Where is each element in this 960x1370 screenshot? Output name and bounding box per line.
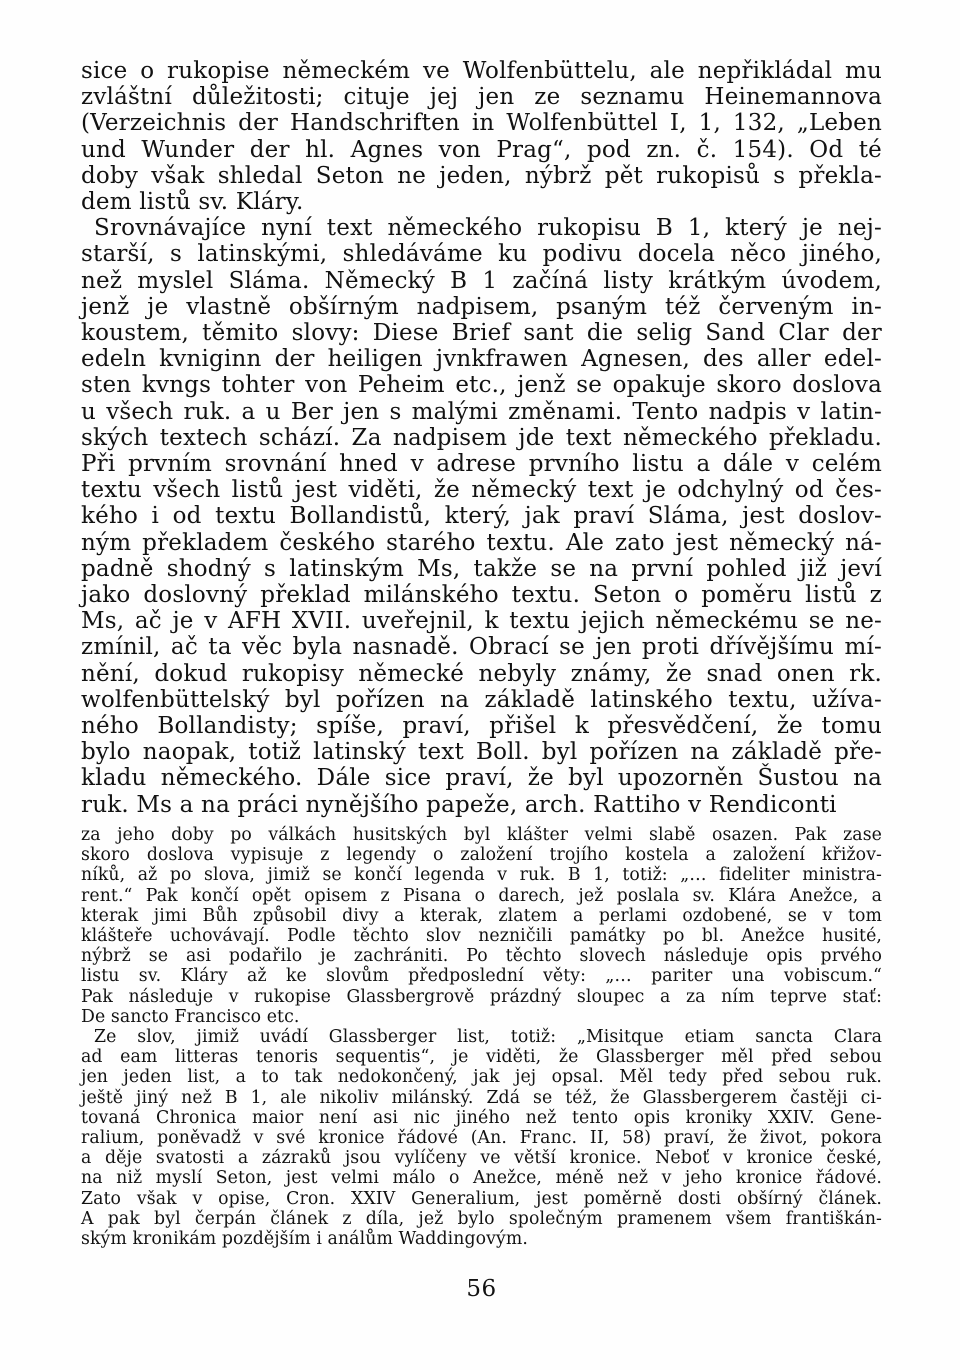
- text-line: ještě jiný než B 1, ale nikoliv milánský…: [81, 1088, 882, 1108]
- text-line: De sancto Francisco etc.: [81, 1007, 882, 1027]
- main-text-block: sice o rukopise německém ve Wolfenbüttel…: [81, 58, 882, 818]
- paragraph: za jeho doby po válkách husitských byl k…: [81, 825, 882, 1027]
- text-line: a děje svatosti a zázraků jsou vylíčeny …: [81, 1148, 882, 1168]
- text-line: ským kronikám pozdějším i análům Wadding…: [81, 1229, 882, 1249]
- text-line: rent.“ Pak končí opět opisem z Pisana o …: [81, 886, 882, 906]
- text-line: koustem, těmito slovy: Diese Brief sant …: [81, 320, 882, 346]
- text-line: (Verzeichnis der Handschriften in Wolfen…: [81, 110, 882, 136]
- text-line: ným překladem českého starého textu. Ale…: [81, 530, 882, 556]
- text-line: na niž myslí Seton, jest velmi málo o An…: [81, 1168, 882, 1188]
- text-line: ad eam litteras tenoris sequentis“, je v…: [81, 1047, 882, 1067]
- text-line: wolfenbüttelský byl pořízen na základě l…: [81, 687, 882, 713]
- text-line: listu sv. Kláry až ke slovům předposledn…: [81, 966, 882, 986]
- text-line: než myslel Sláma. Německý B 1 začíná lis…: [81, 268, 882, 294]
- book-page: sice o rukopise německém ve Wolfenbüttel…: [0, 0, 960, 1370]
- paragraph: Ze slov, jimiž uvádí Glassberger list, t…: [81, 1027, 882, 1249]
- text-line: A pak byl čerpán článek z díla, jež bylo…: [81, 1209, 882, 1229]
- text-line: bylo naopak, totiž latinský text Boll. b…: [81, 739, 882, 765]
- text-line: kterak jimi Bůh způsobil divy a kterak, …: [81, 906, 882, 926]
- text-line: sice o rukopise německém ve Wolfenbüttel…: [81, 58, 882, 84]
- text-line: klášteře uchovávají. Podle těchto slov n…: [81, 926, 882, 946]
- text-line: zmínil, ač ta věc byla nasnadě. Obrací s…: [81, 634, 882, 660]
- paragraph: Srovnávajíce nyní text německého rukopis…: [81, 215, 882, 818]
- text-line: Zato však v opise, Cron. XXIV Generalium…: [81, 1189, 882, 1209]
- text-line: nýbrž se asi podařilo je zachrániti. Po …: [81, 946, 882, 966]
- petit-text-block: za jeho doby po válkách husitských byl k…: [81, 825, 882, 1249]
- text-line: tovaná Chronica maior není asi nic jinéh…: [81, 1108, 882, 1128]
- text-line: Ms, ač je v AFH XVII. uveřejnil, k textu…: [81, 608, 882, 634]
- text-line: Srovnávajíce nyní text německého rukopis…: [81, 215, 882, 241]
- page-number: 56: [81, 1276, 882, 1302]
- text-line: jen jeden list, a to tak nedokončený, ja…: [81, 1067, 882, 1087]
- paragraph: sice o rukopise německém ve Wolfenbüttel…: [81, 58, 882, 215]
- text-line: skoro doslova vypisuje z legendy o založ…: [81, 845, 882, 865]
- text-line: nění, dokud rukopisy německé nebyly znám…: [81, 661, 882, 687]
- text-line: jako doslovný překlad milánského textu. …: [81, 582, 882, 608]
- text-line: Pak následuje v rukopise Glassbergrově p…: [81, 987, 882, 1007]
- text-line: sten kvngs tohter von Peheim etc., jenž …: [81, 372, 882, 398]
- text-line: zvláštní důležitosti; cituje jej jen ze …: [81, 84, 882, 110]
- text-line: kladu německého. Dále sice praví, že byl…: [81, 765, 882, 791]
- text-line: edeln kvniginn der heiligen jvnkfrawen A…: [81, 346, 882, 372]
- text-line: Ze slov, jimiž uvádí Glassberger list, t…: [81, 1027, 882, 1047]
- text-line: u všech ruk. a u Ber jen s malými změnam…: [81, 399, 882, 425]
- text-line: textu všech listů jest viděti, že německ…: [81, 477, 882, 503]
- text-line: doby však shledal Seton ne jeden, nýbrž …: [81, 163, 882, 189]
- text-line: dem listů sv. Kláry.: [81, 189, 882, 215]
- text-line: Při prvním srovnání hned v adrese prvníh…: [81, 451, 882, 477]
- text-line: starší, s latinskými, shledáváme ku podi…: [81, 241, 882, 267]
- text-line: padně shodný s latinským Ms, takže se na…: [81, 556, 882, 582]
- text-line: jenž je vlastně obšírným nadpisem, psaný…: [81, 294, 882, 320]
- text-line: und Wunder der hl. Agnes von Prag“, pod …: [81, 137, 882, 163]
- text-line: ských textech schází. Za nadpisem jde te…: [81, 425, 882, 451]
- text-line: ného Bollandisty; spíše, praví, přišel k…: [81, 713, 882, 739]
- text-line: ruk. Ms a na práci nynějšího papeže, arc…: [81, 792, 882, 818]
- text-line: kého i od textu Bollandistů, který, jak …: [81, 503, 882, 529]
- text-line: níků, až po slova, jimiž se končí legend…: [81, 865, 882, 885]
- text-line: za jeho doby po válkách husitských byl k…: [81, 825, 882, 845]
- text-line: ralium, poněvadž v své kronice řádové (A…: [81, 1128, 882, 1148]
